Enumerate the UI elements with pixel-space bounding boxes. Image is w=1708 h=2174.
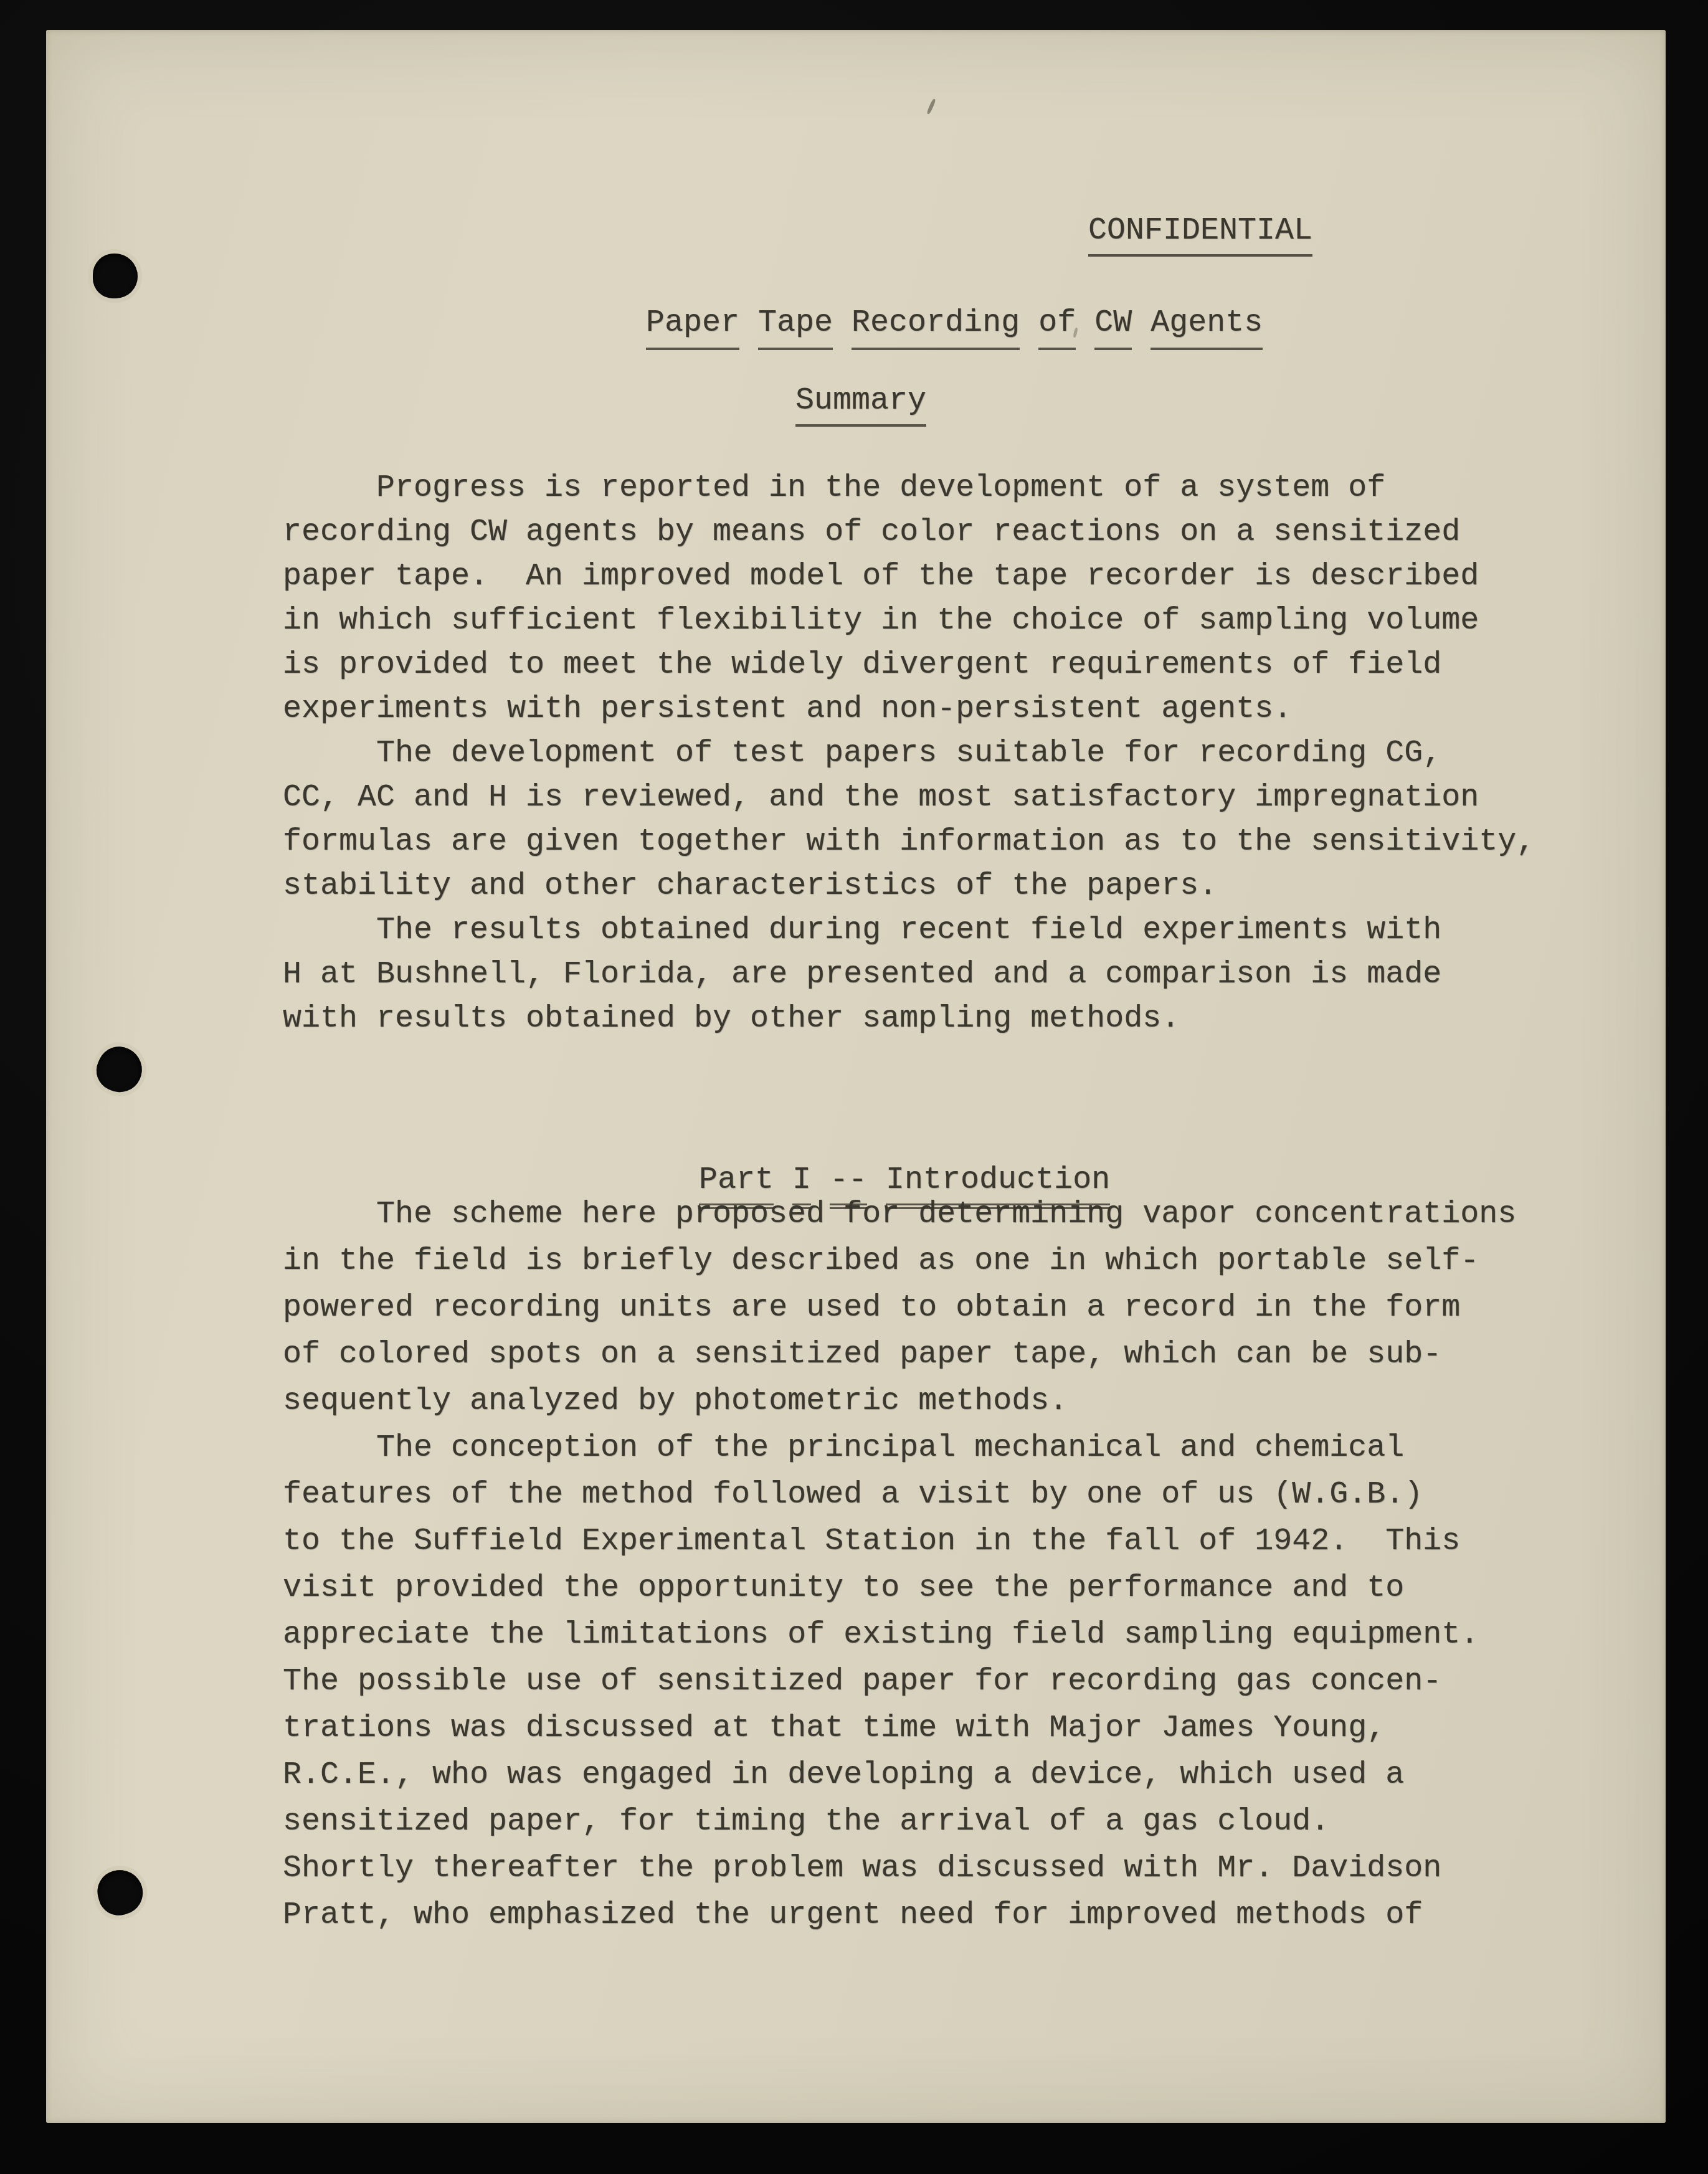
text-line: recording CW agents by means of color re… xyxy=(283,510,1616,554)
text-line: experiments with persistent and non-pers… xyxy=(283,687,1616,731)
text-line: features of the method followed a visit … xyxy=(283,1471,1616,1518)
text-line: stability and other characteristics of t… xyxy=(283,864,1616,908)
punch-hole-bottom xyxy=(93,1865,148,1920)
text-line: to the Suffield Experimental Station in … xyxy=(283,1518,1616,1565)
text-line: in the field is briefly described as one… xyxy=(283,1238,1616,1284)
summary-paragraphs: Progress is reported in the development … xyxy=(283,466,1616,1041)
document-title: PaperTapeRecordingofCWAgents xyxy=(571,272,1263,384)
title-word: Recording xyxy=(852,306,1020,350)
title-word: Agents xyxy=(1151,306,1263,350)
title-word: Tape xyxy=(758,306,833,350)
text-line: powered recording units are used to obta… xyxy=(283,1284,1616,1331)
introduction-paragraphs: The scheme here proposed for determining… xyxy=(283,1191,1616,1939)
text-line: sequently analyzed by photometric method… xyxy=(283,1378,1616,1425)
text-line: formulas are given together with informa… xyxy=(283,820,1616,864)
text-line: The development of test papers suitable … xyxy=(283,731,1616,776)
title-word: of xyxy=(1038,306,1076,350)
text-line: H at Bushnell, Florida, are presented an… xyxy=(283,952,1616,997)
text-line: paper tape. An improved model of the tap… xyxy=(283,554,1616,599)
text-line: in which sufficient flexibility in the c… xyxy=(283,599,1616,643)
scan-background: { "document": { "classification": "CONFI… xyxy=(0,0,1708,2174)
text-line: Shortly thereafter the problem was discu… xyxy=(283,1845,1616,1892)
title-word: CW xyxy=(1094,306,1132,350)
text-line: sensitized paper, for timing the arrival… xyxy=(283,1798,1616,1845)
text-line: with results obtained by other sampling … xyxy=(283,997,1616,1041)
text-line: Progress is reported in the development … xyxy=(283,466,1616,510)
text-line: CC, AC and H is reviewed, and the most s… xyxy=(283,776,1616,820)
classification-stamp: CONFIDENTIAL xyxy=(1088,214,1312,257)
punch-hole-middle xyxy=(90,1040,149,1099)
text-line: R.C.E., who was engaged in developing a … xyxy=(283,1752,1616,1798)
text-line: Pratt, who emphasized the urgent need fo… xyxy=(283,1892,1616,1939)
summary-heading: Summary xyxy=(795,384,926,427)
text-line: The results obtained during recent field… xyxy=(283,908,1616,952)
text-line: trations was discussed at that time with… xyxy=(283,1705,1616,1752)
text-line: The conception of the principal mechanic… xyxy=(283,1425,1616,1471)
title-word: Paper xyxy=(646,306,739,350)
text-line: The scheme here proposed for determining… xyxy=(283,1191,1616,1238)
text-line: is provided to meet the widely divergent… xyxy=(283,643,1616,687)
text-line: visit provided the opportunity to see th… xyxy=(283,1565,1616,1612)
text-line: appreciate the limitations of existing f… xyxy=(283,1612,1616,1658)
punch-hole-top xyxy=(93,254,138,298)
document-page: CONFIDENTIAL PaperTapeRecordingofCWAgent… xyxy=(46,30,1666,2123)
text-line: of colored spots on a sensitized paper t… xyxy=(283,1331,1616,1378)
smudge-mark xyxy=(926,98,936,115)
text-line: The possible use of sensitized paper for… xyxy=(283,1658,1616,1705)
